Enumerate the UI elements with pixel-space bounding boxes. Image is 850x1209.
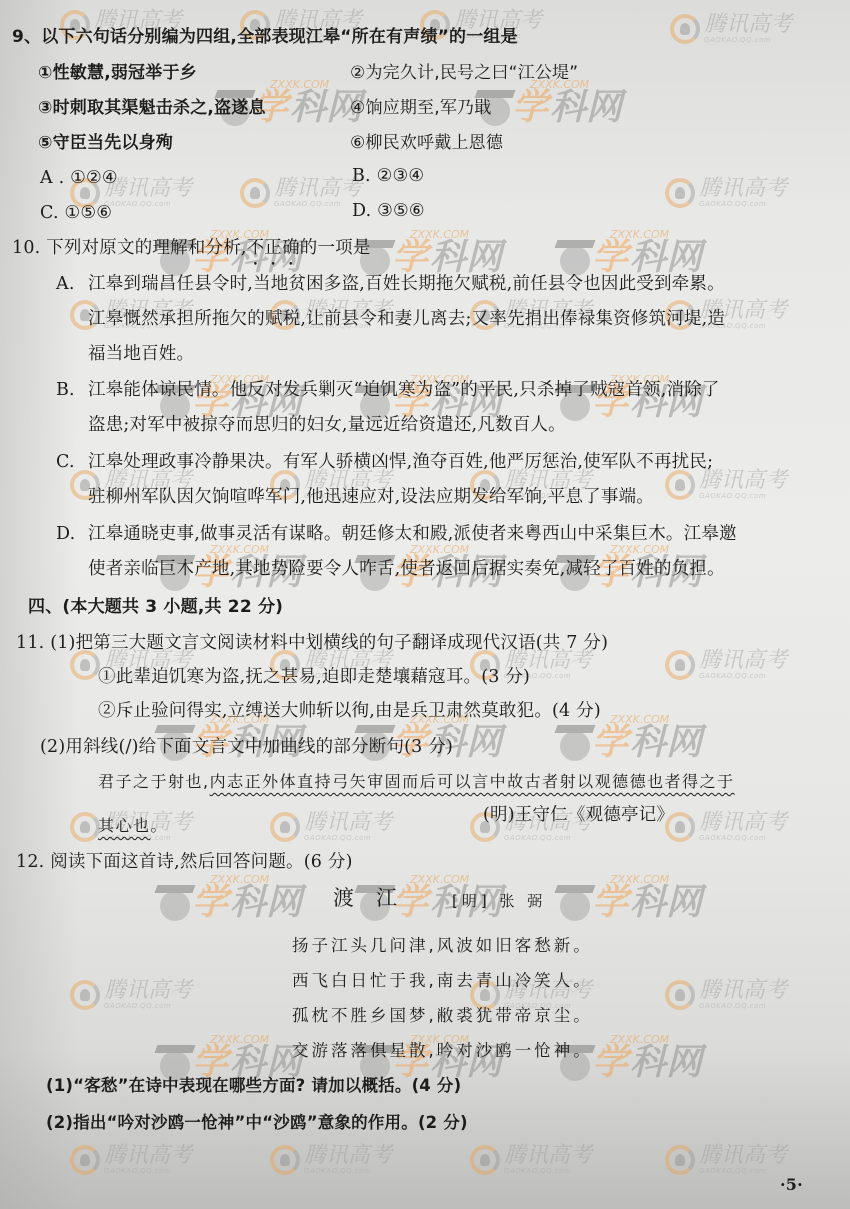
- q10-option-d-line: 江皋通晓吏事,做事灵活有谋略。朝廷修太和殿,派使者来粤西山中采集巨木。江皋邀: [88, 523, 737, 545]
- tencent-watermark: 腾讯高考GAOKAO.QQ.com: [240, 178, 362, 208]
- option-label: D.: [352, 201, 371, 221]
- tencent-watermark: 腾讯高考GAOKAO.QQ.com: [270, 812, 392, 842]
- zxxk-watermark: ZXXK.COM学科网: [560, 725, 702, 761]
- q10-option-a-line: 江皋到瑞昌任县令时,当地贫困多盗,百姓长期拖欠赋税,前任县令也因此受到牵累。: [88, 273, 725, 295]
- poem-line: 孤枕不胜乡国梦,敝裘犹带帝京尘。: [292, 1005, 593, 1027]
- tencent-watermark: 腾讯高考GAOKAO.QQ.com: [670, 14, 792, 44]
- q9-option-b[interactable]: B. ②③④: [352, 165, 424, 187]
- q11-sentence-2: ②斥止验问得实,立缚送大帅斩以徇,由是兵卫肃然莫敢犯。(4 分): [98, 700, 601, 722]
- tencent-watermark: 腾讯高考GAOKAO.QQ.com: [665, 470, 787, 500]
- wavy-underlined-text: 其心也: [98, 816, 151, 835]
- q10-option-a-line: 福当地百姓。: [88, 343, 194, 365]
- q9-option-c[interactable]: C. ①⑤⑥: [40, 202, 112, 224]
- q9-item-6: ⑥柳民欢呼戴上恩德: [350, 132, 503, 154]
- q11-passage-line-1: 君子之于射也,内志正外体直持弓矢审固而后可以言中故古者射以观德德也者得之于: [98, 771, 735, 793]
- q11-part1-prompt: 11. (1)把第三大题文言文阅读材料中划横线的句子翻译成现代汉语(共 7 分): [16, 632, 608, 654]
- exam-page: 腾讯高考GAOKAO.QQ.com 腾讯高考GAOKAO.QQ.com 腾讯高考…: [0, 0, 850, 1209]
- poem-line: 西飞白日忙于我,南去青山冷笑人。: [292, 970, 593, 992]
- q9-item-5: ⑤守臣当先以身殉: [38, 132, 173, 154]
- q12-question-2: (2)指出“吟对沙鸥一怆神”中“沙鸥”意象的作用。(2 分): [46, 1112, 468, 1134]
- option-label: B.: [352, 166, 371, 186]
- emphasis-char: 确: [282, 238, 300, 258]
- q9-stem: 9、以下六句话分别编为四组,全部表现江皋“所在有声绩”的一组是: [12, 26, 518, 48]
- q10-option-d-line: 使者亲临巨木产地,其地势险要令人咋舌,使者返回后据实奏免,减轻了百姓的负担。: [88, 558, 725, 580]
- q9-item-3: ③时刺取其渠魁击杀之,盗遂息: [38, 97, 266, 119]
- poem-line: 扬子江头几问津,风波如旧客愁新。: [292, 935, 593, 957]
- tencent-logo-icon: [240, 178, 270, 208]
- tencent-watermark: 腾讯高考GAOKAO.QQ.com: [665, 980, 787, 1010]
- tencent-watermark: 腾讯高考GAOKAO.QQ.com: [665, 650, 787, 680]
- poem-line: 交游落落俱星散,吟对沙鸥一怆神。: [292, 1040, 593, 1062]
- mascot-icon: [560, 891, 590, 921]
- q9-item-4: ④饷应期至,军乃戢: [350, 97, 491, 119]
- poem-title: 渡江: [333, 887, 419, 909]
- q10-option-c-line: 驻柳州军队因欠饷喧哗军门,他迅速应对,设法应期发给军饷,平息了事端。: [88, 486, 654, 508]
- tencent-watermark: 腾讯高考GAOKAO.QQ.com: [70, 980, 192, 1010]
- mascot-icon: [160, 891, 190, 921]
- wavy-underlined-text: 内志正外体直持弓矢审固而后可以言中故古者射以观德德也者得之于: [210, 772, 735, 791]
- option-value: ①⑤⑥: [65, 203, 113, 223]
- zxxk-watermark: ZXXK.COM学科网: [360, 240, 502, 276]
- q10-option-d-label[interactable]: D.: [56, 523, 75, 545]
- zxxk-watermark: ZXXK.COM学科网: [560, 885, 702, 921]
- tencent-logo-icon: [270, 812, 300, 842]
- option-label: C.: [40, 203, 59, 223]
- q11-sentence-1: ①此辈迫饥寒为盗,抚之甚易,迫即走楚壤藉寇耳。(3 分): [98, 666, 530, 688]
- q10-option-b-label[interactable]: B.: [56, 379, 75, 401]
- q10-option-a-line: 江皋慨然承担所拖欠的赋税,让前县令和妻儿离去;又率先捐出俸禄集资修筑河堤,造: [88, 308, 725, 330]
- option-value: ①②④: [70, 168, 118, 188]
- q11-part2-prompt: (2)用斜线(/)给下面文言文中加曲线的部分断句(3 分): [40, 736, 453, 758]
- emphasis-char: 正: [264, 238, 282, 258]
- poem-author: [明] 张 弼: [452, 890, 546, 912]
- option-value: ②③④: [377, 166, 425, 186]
- q11-passage-line-2: 其心也。: [98, 815, 168, 837]
- q10-option-b-line: 江皋能体谅民情。他反对发兵剿灭“迫饥寒为盗”的平民,只杀掉了贼寇首领,消除了: [88, 379, 720, 401]
- tencent-logo-icon: [665, 980, 695, 1010]
- zxxk-watermark: ZXXK.COM学科网: [560, 240, 702, 276]
- q10-option-c-label[interactable]: C.: [56, 451, 75, 473]
- tencent-logo-icon: [670, 14, 700, 44]
- page-number: ·5·: [780, 1174, 803, 1196]
- tencent-watermark: 腾讯高考GAOKAO.QQ.com: [665, 178, 787, 208]
- emphasis-char: 不: [247, 238, 265, 258]
- mascot-icon: [560, 731, 590, 761]
- q11-source: (明)王守仁《观德亭记》: [483, 804, 674, 826]
- zxxk-watermark: ZXXK.COM学科网: [160, 885, 302, 921]
- q12-stem: 12. 阅读下面这首诗,然后回答问题。(6 分): [16, 851, 353, 873]
- q9-option-d[interactable]: D. ③⑤⑥: [352, 200, 425, 222]
- q10-option-b-line: 盗患;对军中被掠夺而思归的妇女,量远近给资遣还,凡数百人。: [88, 414, 566, 436]
- tencent-logo-icon: [665, 470, 695, 500]
- tencent-logo-icon: [665, 178, 695, 208]
- tencent-watermark: 腾讯高考GAOKAO.QQ.com: [665, 812, 787, 842]
- q10-stem: 10. 下列对原文的理解和分析,不正确的一项是: [12, 237, 371, 259]
- q12-question-1: (1)“客愁”在诗中表现在哪些方面? 请加以概括。(4 分): [46, 1075, 461, 1097]
- mascot-icon: [560, 246, 590, 276]
- option-value: ③⑤⑥: [377, 201, 425, 221]
- q10-option-c-line: 江皋处理政事冷静果决。有军人骄横凶悍,渔夺百姓,他严厉惩治,使军队不再扰民;: [88, 451, 713, 473]
- q9-item-1: ①性敏慧,弱冠举于乡: [38, 62, 197, 84]
- q10-option-a-label[interactable]: A.: [56, 273, 75, 295]
- q9-item-2: ②为完久计,民号之曰“江公堤”: [350, 62, 578, 84]
- q9-option-a[interactable]: A . ①②④: [40, 167, 118, 189]
- option-label: A .: [40, 168, 64, 188]
- tencent-logo-icon: [665, 650, 695, 680]
- zxxk-watermark: ZXXK.COM学科网: [480, 90, 622, 126]
- section-heading: 四、(本大题共 3 小题,共 22 分): [28, 596, 283, 618]
